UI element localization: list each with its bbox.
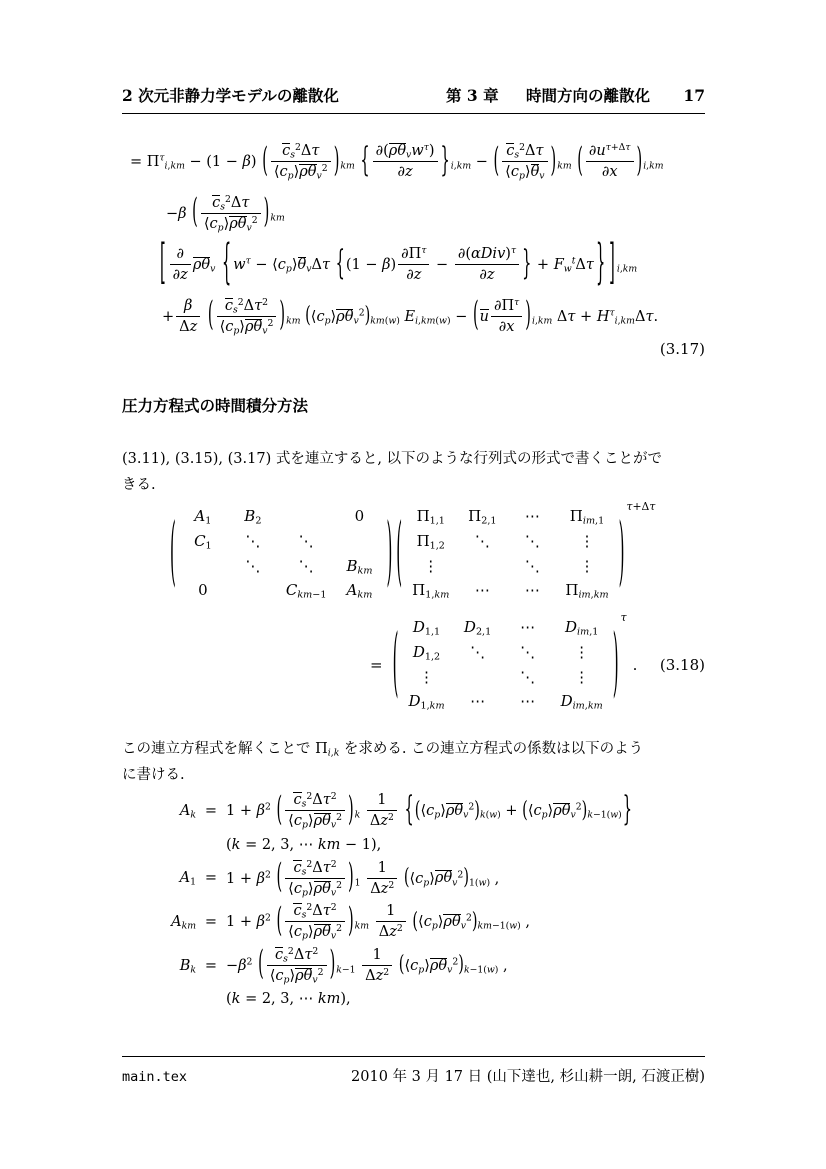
equals-sign: =	[196, 958, 226, 974]
coefficient-lhs: Akm	[148, 914, 196, 930]
running-title: 2 次元非静力学モデルの離散化	[122, 84, 339, 106]
equation-3-18: (A1B20C1⋱⋱⋱⋱Bkm0Ckm−1Akm) (Π1,1Π2,1⋯Πim,…	[122, 503, 705, 715]
paragraph-line: (3.11), (3.15), (3.17) 式を連立すると, 以下のような行列…	[122, 446, 722, 472]
d-matrix: (D1,1D2,1⋯Dim,1D1,2⋱⋱⋮⋮⋱⋮D1,km⋯⋯Dim,km)τ	[391, 614, 627, 715]
equation-3-17-line-4: +βΔz (cs2Δτ2⟨cp⟩ρθv2)km (⟨cp⟩ρθv2)km(w) …	[162, 291, 722, 343]
equals-sign: =	[370, 656, 383, 674]
coefficient-lhs: A1	[148, 870, 196, 886]
coefficient-matrix: (A1B20C1⋱⋱⋱⋱Bkm0Ckm−1Akm)	[168, 503, 394, 604]
coefficient-rhs: (k = 2, 3, ⋯ km − 1),	[226, 834, 708, 856]
equation-3-17-line-3: [∂∂zρθv {wτ − ⟨cp⟩θvΔτ {(1 − β)∂Πτ∂z − ∂…	[158, 239, 722, 291]
equals-sign: =	[196, 803, 226, 819]
paragraph-2: この連立方程式を解くことで Πi,k を求める. この連立方程式の係数は以下のよ…	[122, 736, 722, 788]
period: .	[633, 656, 638, 674]
paragraph-line: に書ける.	[122, 762, 722, 788]
coefficient-rhs: 1 + β2 (cs2Δτ2⟨cp⟩ρθv2)k 1Δz2 {(⟨cp⟩ρθv2…	[226, 790, 708, 832]
matrix-result-row: = (D1,1D2,1⋯Dim,1D1,2⋱⋱⋮⋮⋱⋮D1,km⋯⋯Dim,km…	[122, 614, 705, 715]
coefficient-equations: Ak=1 + β2 (cs2Δτ2⟨cp⟩ρθv2)k 1Δz2 {(⟨cp⟩ρ…	[148, 790, 708, 1010]
equation-3-17: = Πτi,km − (1 − β) (cs2Δτ⟨cp⟩ρθv2)km {∂(…	[122, 136, 722, 358]
coefficient-rhs: −β2 (cs2Δτ2⟨cp⟩ρθv2)k−1 1Δz2 (⟨cp⟩ρθv2)k…	[226, 945, 708, 987]
footer-date-authors: 2010 年 3 月 17 日 (山下達也, 杉山耕一朗, 石渡正樹)	[351, 1065, 705, 1086]
matrix-product-row: (A1B20C1⋱⋱⋱⋱Bkm0Ckm−1Akm) (Π1,1Π2,1⋯Πim,…	[122, 503, 705, 604]
equation-number-3-18: (3.18)	[660, 656, 705, 674]
equation-3-17-line-2: −β (cs2Δτ⟨cp⟩ρθv2)km	[166, 188, 722, 240]
chapter-label: 第 3 章	[446, 84, 499, 106]
equals-sign: =	[196, 914, 226, 930]
coefficient-rhs: (k = 2, 3, ⋯ km),	[226, 988, 708, 1010]
footer-filename: main.tex	[122, 1069, 187, 1085]
pi-matrix: (Π1,1Π2,1⋯Πim,1Π1,2⋱⋱⋮⋮⋱⋮Π1,km⋯⋯Πim,km)τ…	[394, 503, 655, 604]
equation-3-17-line-1: = Πτi,km − (1 − β) (cs2Δτ⟨cp⟩ρθv2)km {∂(…	[130, 136, 722, 188]
equals-sign: =	[196, 870, 226, 886]
coefficient-lhs: Bk	[148, 958, 196, 974]
coefficient-rhs: 1 + β2 (cs2Δτ2⟨cp⟩ρθv2)1 1Δz2 (⟨cp⟩ρθv2)…	[226, 858, 708, 900]
coefficient-lhs: Ak	[148, 803, 196, 819]
document-page: 2 次元非静力学モデルの離散化 第 3 章 時間方向の離散化 17 = Πτi,…	[0, 0, 826, 1169]
page-number: 17	[683, 86, 705, 105]
paragraph-1: (3.11), (3.15), (3.17) 式を連立すると, 以下のような行列…	[122, 446, 722, 498]
paragraph-line: この連立方程式を解くことで Πi,k を求める. この連立方程式の係数は以下のよ…	[122, 736, 722, 762]
chapter-info: 第 3 章 時間方向の離散化 17	[446, 84, 705, 106]
chapter-title: 時間方向の離散化	[526, 84, 650, 106]
equation-number-3-17: (3.17)	[122, 340, 705, 358]
page-header: 2 次元非静力学モデルの離散化 第 3 章 時間方向の離散化 17	[122, 84, 705, 114]
paragraph-line: きる.	[122, 472, 722, 498]
coefficient-rhs: 1 + β2 (cs2Δτ2⟨cp⟩ρθv2)km 1Δz2 (⟨cp⟩ρθv2…	[226, 901, 708, 943]
page-footer: main.tex 2010 年 3 月 17 日 (山下達也, 杉山耕一朗, 石…	[122, 1056, 705, 1086]
section-heading: 圧力方程式の時間積分方法	[122, 394, 308, 416]
